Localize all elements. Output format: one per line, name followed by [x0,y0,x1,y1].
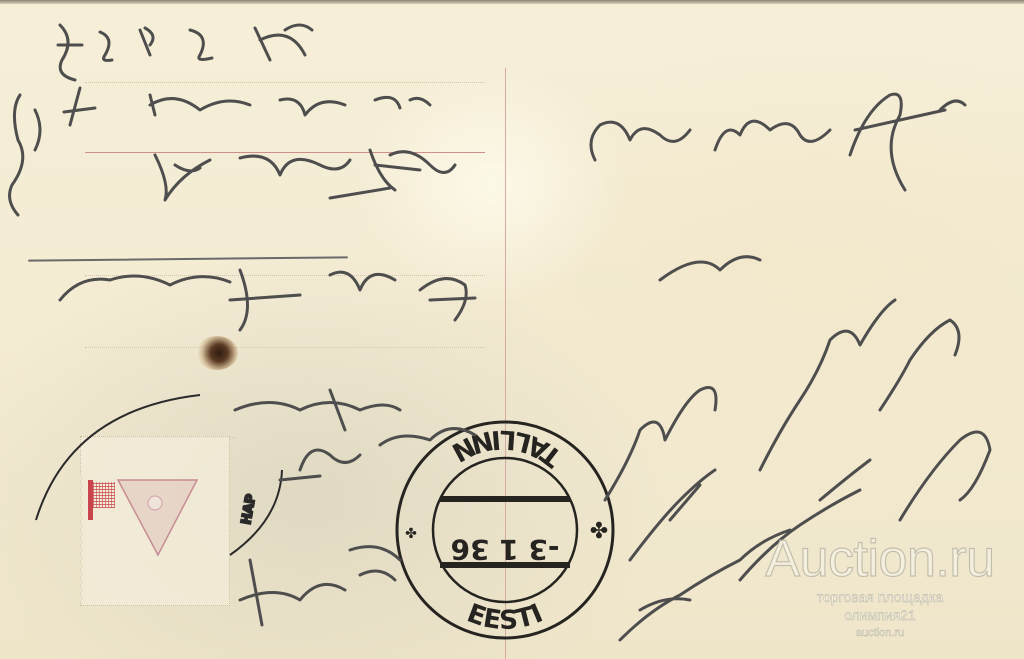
auction-watermark: Auction.ru торговая площадка олимпия21 a… [735,530,1024,642]
svg-text:✤: ✤ [590,519,608,544]
stamp-perforation [76,474,86,600]
watermark-brand: Auction.ru [735,530,1024,588]
ink-stain [196,336,238,370]
watermark-line2: олимпия21 [735,606,1024,624]
stamp-red-pattern [93,482,115,508]
postcard-back: НАР EESTI TALLINN -3 1 36 ✤ [0,0,1024,659]
address-rule [85,82,485,83]
svg-text:TALLINN: TALLINN [447,424,568,473]
svg-text:✤: ✤ [405,526,417,542]
postage-stamp [80,436,230,606]
svg-text:НАР: НАР [239,493,259,526]
center-divider-line [505,68,506,659]
watermark-line1: торговая площадка [735,588,1024,606]
address-rule [85,275,485,276]
address-underline [28,256,348,261]
card-top-edge [0,0,1024,4]
address-divider-line [85,152,485,153]
watermark-line3: auction.ru [735,624,1024,642]
address-rule [85,347,485,348]
